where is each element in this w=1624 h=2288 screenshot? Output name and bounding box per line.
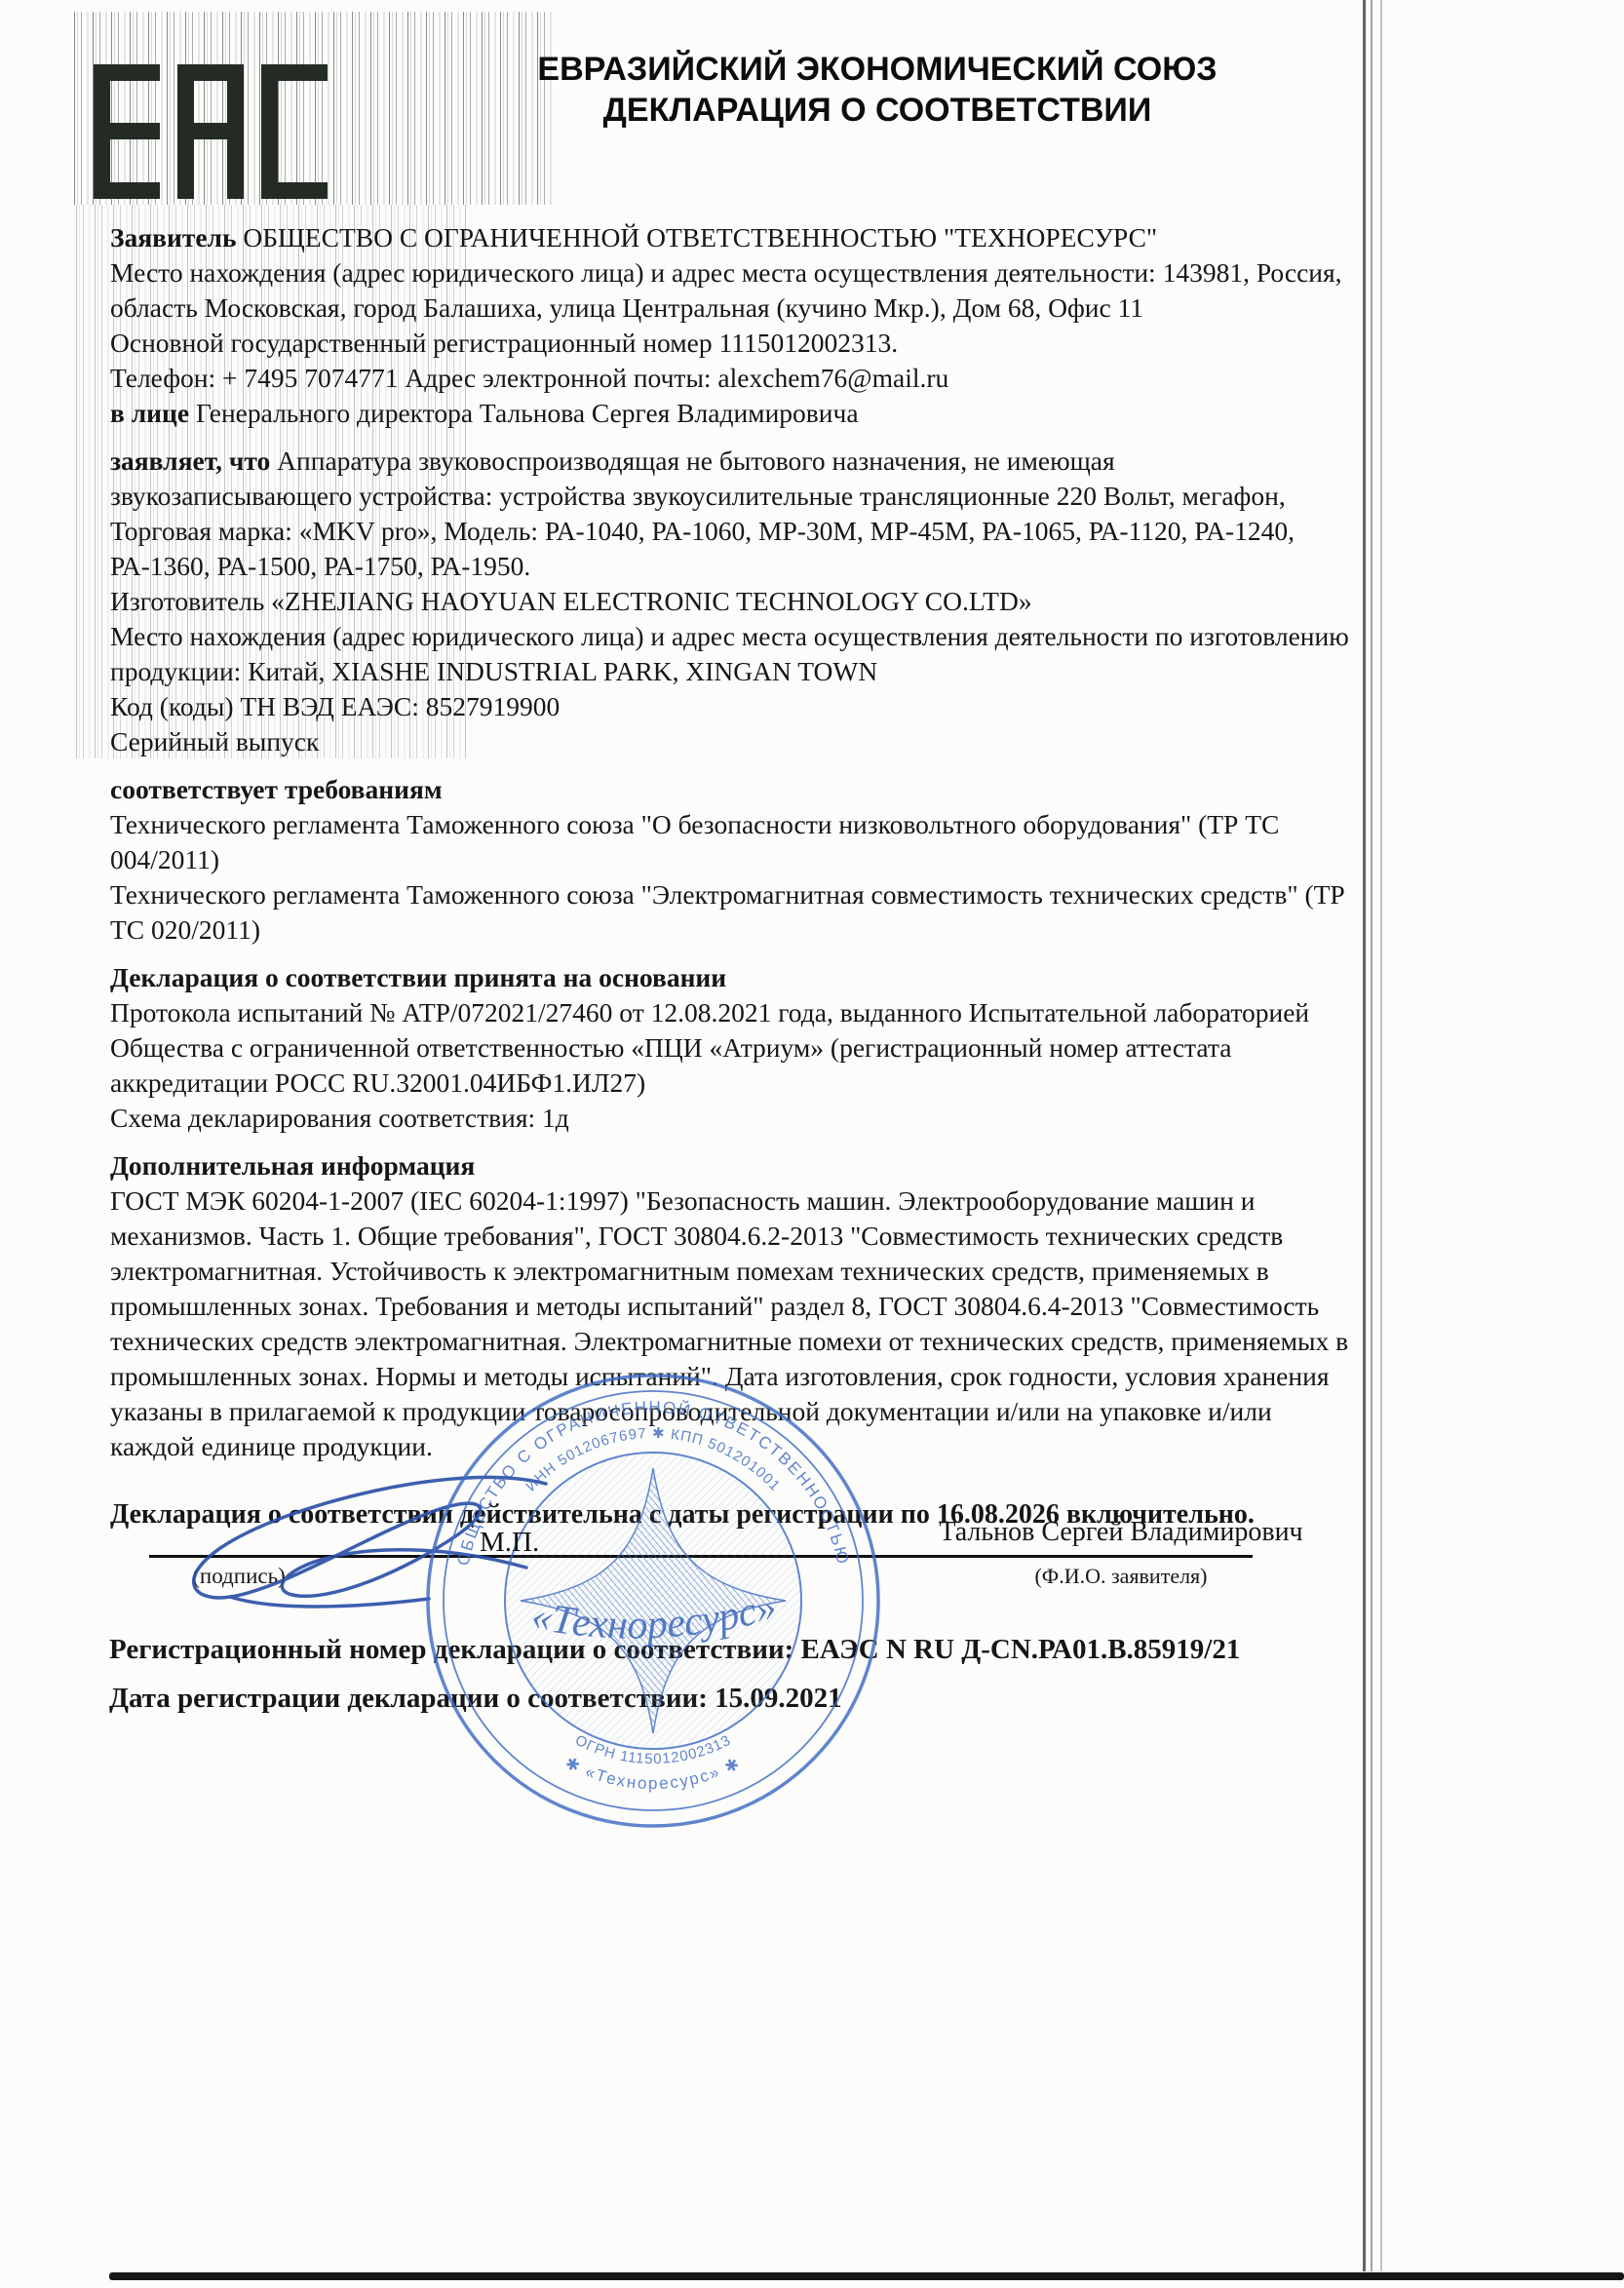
document-body: Заявитель ОБЩЕСТВО С ОГРАНИЧЕННОЙ ОТВЕТС… [110, 220, 1358, 1464]
declarant-name: Тальнов Сергей Владимирович [916, 1517, 1326, 1548]
basis-heading: Декларация о соответствии принята на осн… [110, 960, 1358, 995]
manufacturer-address: Место нахождения (адрес юридического лиц… [110, 619, 1358, 689]
person-label: в лице [110, 398, 189, 428]
applicant-address: Место нахождения (адрес юридического лиц… [110, 255, 1358, 326]
applicant-label: Заявитель [110, 222, 237, 252]
tnved-code: Код (коды) ТН ВЭД ЕАЭС: 8527919900 [110, 689, 1358, 724]
applicant-person: в лице Генерального директора Тальнова С… [110, 396, 1358, 431]
conformity-tr1: Технического регламента Таможенного союз… [110, 807, 1358, 877]
basis-scheme: Схема декларирования соответствия: 1д [110, 1101, 1358, 1136]
eac-logo [94, 64, 328, 199]
eac-letter-a [177, 64, 244, 199]
scan-artifact-vline [1371, 0, 1373, 2271]
product-line: заявляет, что Аппаратура звуковоспроизво… [110, 444, 1358, 584]
company-stamp: ОБЩЕСТВО С ОГРАНИЧЕННОЙ ОТВЕТСТВЕННОСТЬЮ… [419, 1367, 887, 1835]
applicant-line: Заявитель ОБЩЕСТВО С ОГРАНИЧЕННОЙ ОТВЕТС… [110, 220, 1358, 255]
scan-artifact-vline [1363, 0, 1366, 2271]
document-page: ЕВРАЗИЙСКИЙ ЭКОНОМИЧЕСКИЙ СОЮЗ ДЕКЛАРАЦИ… [0, 0, 1624, 2288]
additional-heading: Дополнительная информация [110, 1148, 1358, 1183]
manufacturer-line: Изготовитель «ZHEJIANG HAOYUAN ELECTRONI… [110, 584, 1358, 619]
conformity-heading: соответствует требованиям [110, 772, 1358, 807]
document-title: ЕВРАЗИЙСКИЙ ЭКОНОМИЧЕСКИЙ СОЮЗ ДЕКЛАРАЦИ… [409, 49, 1345, 131]
eac-letter-c [261, 64, 328, 199]
stamp-mp-label: М.П. [480, 1527, 539, 1559]
declares-label: заявляет, что [110, 446, 270, 476]
basis-protocol: Протокола испытаний № АТР/072021/27460 о… [110, 995, 1358, 1101]
serial-issue: Серийный выпуск [110, 724, 1358, 759]
scan-artifact-vline [1380, 0, 1382, 2271]
applicant-name: ОБЩЕСТВО С ОГРАНИЧЕННОЙ ОТВЕТСТВЕННОСТЬЮ… [237, 222, 1158, 252]
applicant-ogrn: Основной государственный регистрационный… [110, 326, 1358, 361]
scan-artifact-bottom-line [109, 2272, 1624, 2280]
person-name: Генерального директора Тальнова Сергея В… [189, 398, 858, 428]
product-description: Аппаратура звуковоспроизводящая не бытов… [110, 446, 1295, 581]
title-line1: ЕВРАЗИЙСКИЙ ЭКОНОМИЧЕСКИЙ СОЮЗ [409, 49, 1345, 90]
eac-letter-e [94, 64, 160, 199]
applicant-contacts: Телефон: + 7495 7074771 Адрес электронно… [110, 361, 1358, 396]
conformity-tr2: Технического регламента Таможенного союз… [110, 877, 1358, 948]
title-line2: ДЕКЛАРАЦИЯ О СООТВЕТСТВИИ [409, 90, 1345, 131]
declarant-caption: (Ф.И.О. заявителя) [916, 1564, 1326, 1589]
